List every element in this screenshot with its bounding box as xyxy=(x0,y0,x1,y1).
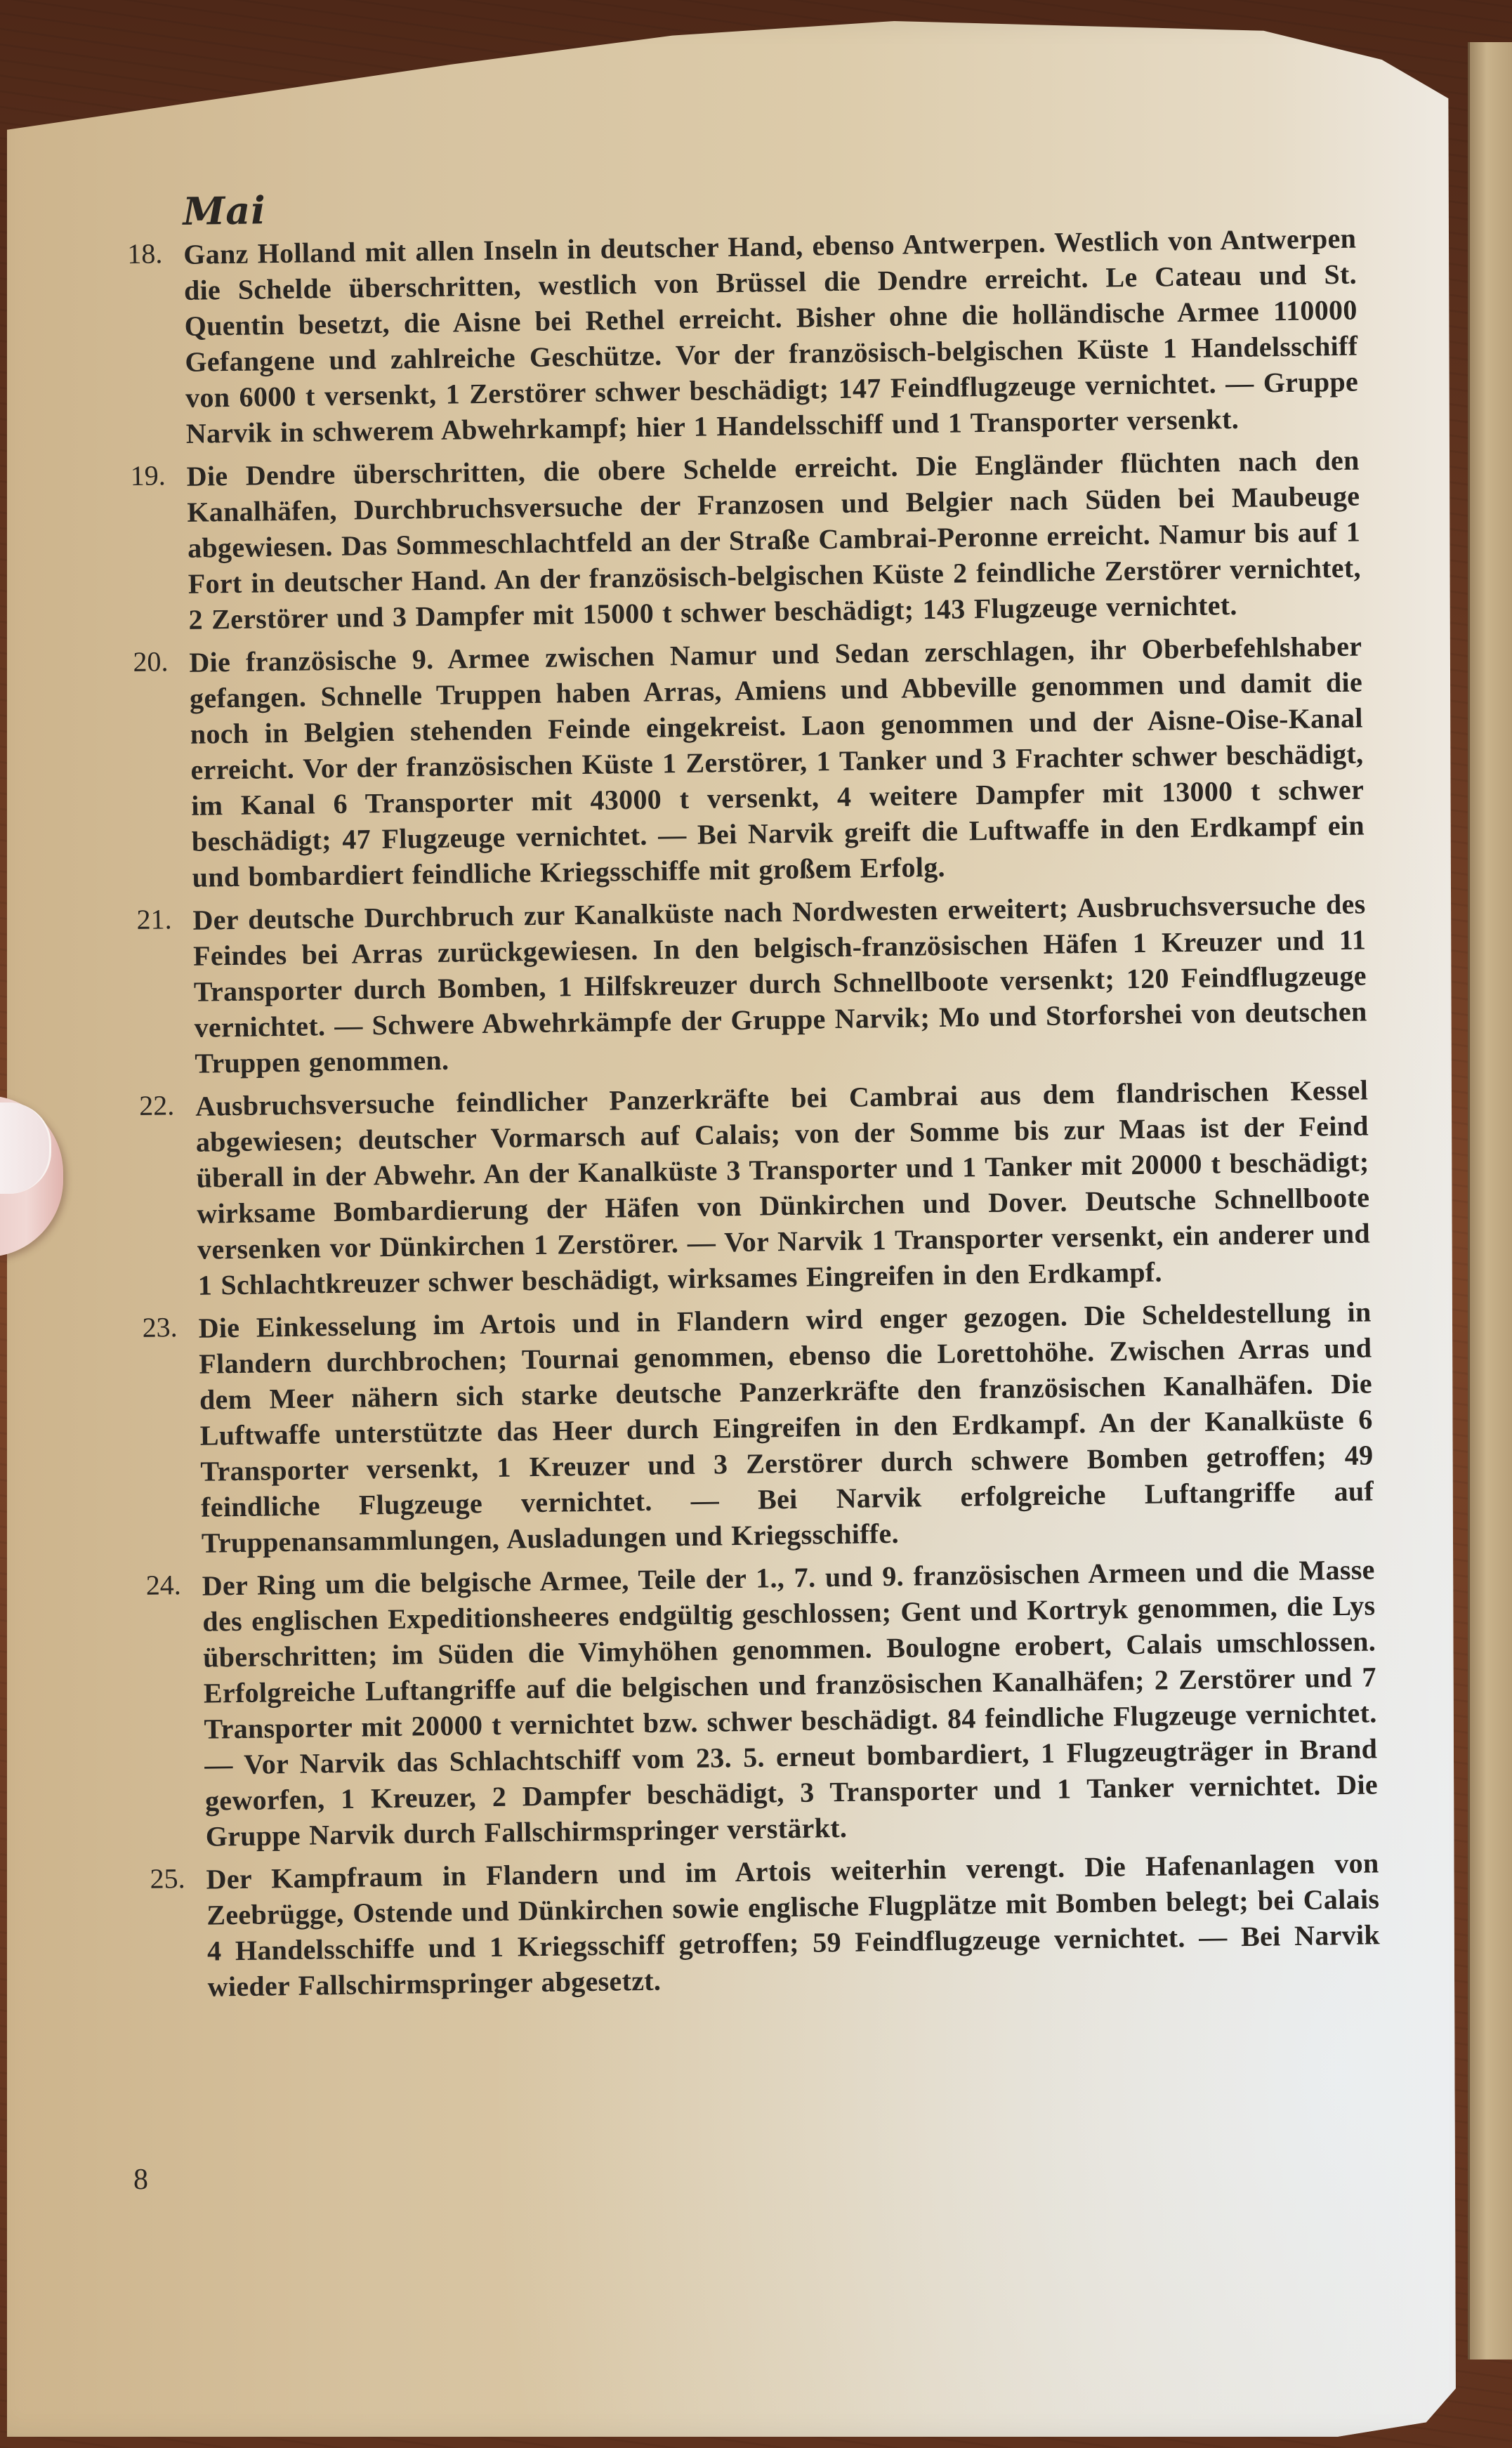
adjacent-page-edge xyxy=(1468,42,1512,2360)
chronicle-entry-24: 24. Der Ring um die belgische Armee, Tei… xyxy=(145,1551,1379,1855)
entry-day-number: 21. xyxy=(136,902,172,936)
chronicle-entry-21: 21. Der deutsche Durchbruch zur Kanalküs… xyxy=(136,886,1367,1081)
entry-day-number: 24. xyxy=(145,1568,181,1602)
chronicle-entry-18: 18. Ganz Holland mit allen Inseln in deu… xyxy=(127,221,1359,452)
chronicle-entry-20: 20. Die französische 9. Armee zwischen N… xyxy=(133,629,1365,896)
entry-text: Ganz Holland mit allen Inseln in deutsch… xyxy=(183,221,1359,452)
entry-day-number: 25. xyxy=(150,1862,185,1895)
chronicle-entry-22: 22. Ausbruchsversuche feindlicher Panzer… xyxy=(139,1072,1371,1303)
page-number: 8 xyxy=(133,2163,148,2197)
chronicle-entry-25: 25. Der Kampfraum in Flandern und im Art… xyxy=(150,1845,1381,2005)
entry-day-number: 20. xyxy=(133,645,169,678)
entry-text: Der Kampfraum in Flandern und im Artois … xyxy=(206,1845,1381,2004)
entry-text: Der deutsche Durchbruch zur Kanalküste n… xyxy=(192,886,1367,1081)
entry-text: Die Dendre überschritten, die obere Sche… xyxy=(186,442,1361,638)
entry-text: Die Einkesselung im Artois und in Flande… xyxy=(198,1294,1374,1560)
entry-text: Die französische 9. Armee zwischen Namur… xyxy=(189,629,1365,895)
entry-day-number: 23. xyxy=(142,1310,178,1344)
entry-text: Der Ring um die belgische Armee, Teile d… xyxy=(202,1551,1379,1854)
page-content: Mai 18. Ganz Holland mit allen Inseln in… xyxy=(126,173,1381,2013)
entry-day-number: 22. xyxy=(139,1088,175,1122)
entry-day-number: 18. xyxy=(127,237,163,270)
chronicle-entry-19: 19. Die Dendre überschritten, die obere … xyxy=(130,442,1361,638)
chronicle-entry-23: 23. Die Einkesselung im Artois und in Fl… xyxy=(142,1294,1374,1561)
entry-day-number: 19. xyxy=(130,459,166,492)
entry-text: Ausbruchsversuche feindlicher Panzerkräf… xyxy=(195,1072,1371,1303)
